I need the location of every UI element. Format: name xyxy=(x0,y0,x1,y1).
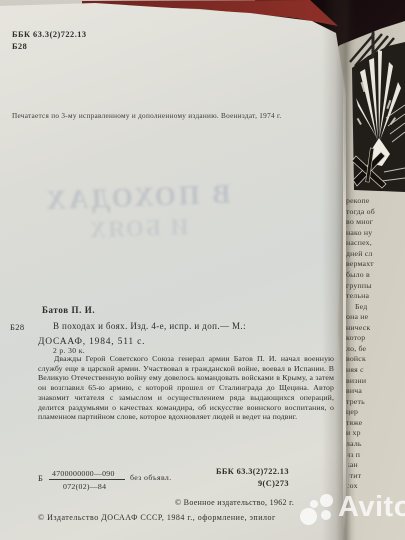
avito-dot-medium-icon xyxy=(320,494,333,507)
right-page-text-line: треть xyxy=(346,397,405,408)
right-page-text-line: лаль xyxy=(346,439,405,450)
right-page-text-line: вермахт xyxy=(346,259,405,270)
print-run-letter: Б xyxy=(38,473,43,483)
avito-wordmark: Avito xyxy=(338,491,405,524)
right-page-text-column: рекопетогда обво многнако нунаспех,дней … xyxy=(346,196,405,492)
right-page-text-line: рекопе xyxy=(346,196,405,207)
right-page-text-line: вича xyxy=(346,386,405,397)
bibliography-line1: В походах и боях. Изд. 4-е, испр. и доп.… xyxy=(53,321,246,331)
print-run-denominator: 072(02)—84 xyxy=(63,482,106,491)
right-page-text-line: войск xyxy=(346,354,405,365)
author-name: Батов П. И. xyxy=(42,305,95,315)
avito-dot-small-icon xyxy=(310,500,318,508)
print-run-numerator: 4700000000—090 xyxy=(52,469,115,478)
right-page-text-line: наспех, xyxy=(346,238,405,249)
right-page-text-line: ническ xyxy=(346,323,405,334)
annotation-text: Дважды Герой Советского Союза генерал ар… xyxy=(38,354,334,422)
copyright-dosaaf: © Издательство ДОСААФ СССР, 1984 г., офо… xyxy=(38,513,276,522)
bbk-code-bottom: ББК 63.3(2)722.13 xyxy=(216,467,289,476)
right-page-text-line: группы xyxy=(346,281,405,292)
right-page-text-line: кан xyxy=(346,460,405,471)
right-page-text-line: было в xyxy=(346,270,405,281)
right-page-text-line: она не xyxy=(346,312,405,323)
avito-dot-tiny-icon xyxy=(321,510,331,520)
show-through-line2: И БОЯХ xyxy=(30,212,246,245)
right-page-text-line: цер xyxy=(346,407,405,418)
print-run-note: без объявл. xyxy=(130,473,172,482)
right-page-text-line: нако ну xyxy=(346,228,405,239)
bbk-author-sign-top: Б28 xyxy=(12,42,27,51)
copyright-military-publisher: © Военное издательство, 1962 г. xyxy=(175,498,294,507)
avito-dot-large-icon xyxy=(300,508,317,525)
right-page-text-line: котор xyxy=(346,333,405,344)
show-through-title: В ПОХОДАХ И БОЯХ xyxy=(29,178,246,245)
left-page: В ПОХОДАХ И БОЯХ ББК 63.3(2)722.13 Б28 П… xyxy=(0,0,352,540)
show-through-line1: В ПОХОДАХ xyxy=(29,178,245,216)
edition-note: Печатается по 3-му исправленному и допол… xyxy=(12,112,308,121)
woodcut-explosion-illustration xyxy=(348,22,405,196)
right-page-text-line: тельна xyxy=(346,291,405,302)
right-page-text-line: из п xyxy=(346,450,405,461)
right-page-text-line: и хр xyxy=(346,428,405,439)
avito-watermark: Avito xyxy=(298,492,405,532)
book-photo: рекопетогда обво многнако нунаспех,дней … xyxy=(0,0,405,540)
right-page-text-line: визни xyxy=(346,376,405,387)
right-page-text-line: няя с xyxy=(346,365,405,376)
right-page-text-line: во мног xyxy=(346,217,405,228)
fraction-bar xyxy=(49,479,125,480)
right-page-text-line: тяже xyxy=(346,418,405,429)
right-page-text-line: стит xyxy=(346,471,405,482)
bbk-code-top: ББК 63.3(2)722.13 xyxy=(12,30,87,39)
right-page-text-line: дней сл xyxy=(346,249,405,260)
bbk-index-bottom: 9(С)273 xyxy=(258,479,289,488)
catalog-sign: Б28 xyxy=(10,322,25,332)
right-page-text-line: Бед xyxy=(346,302,405,313)
right-page-text-line: тогда об xyxy=(346,207,405,218)
right-page-text-line: ло, бе xyxy=(346,344,405,355)
